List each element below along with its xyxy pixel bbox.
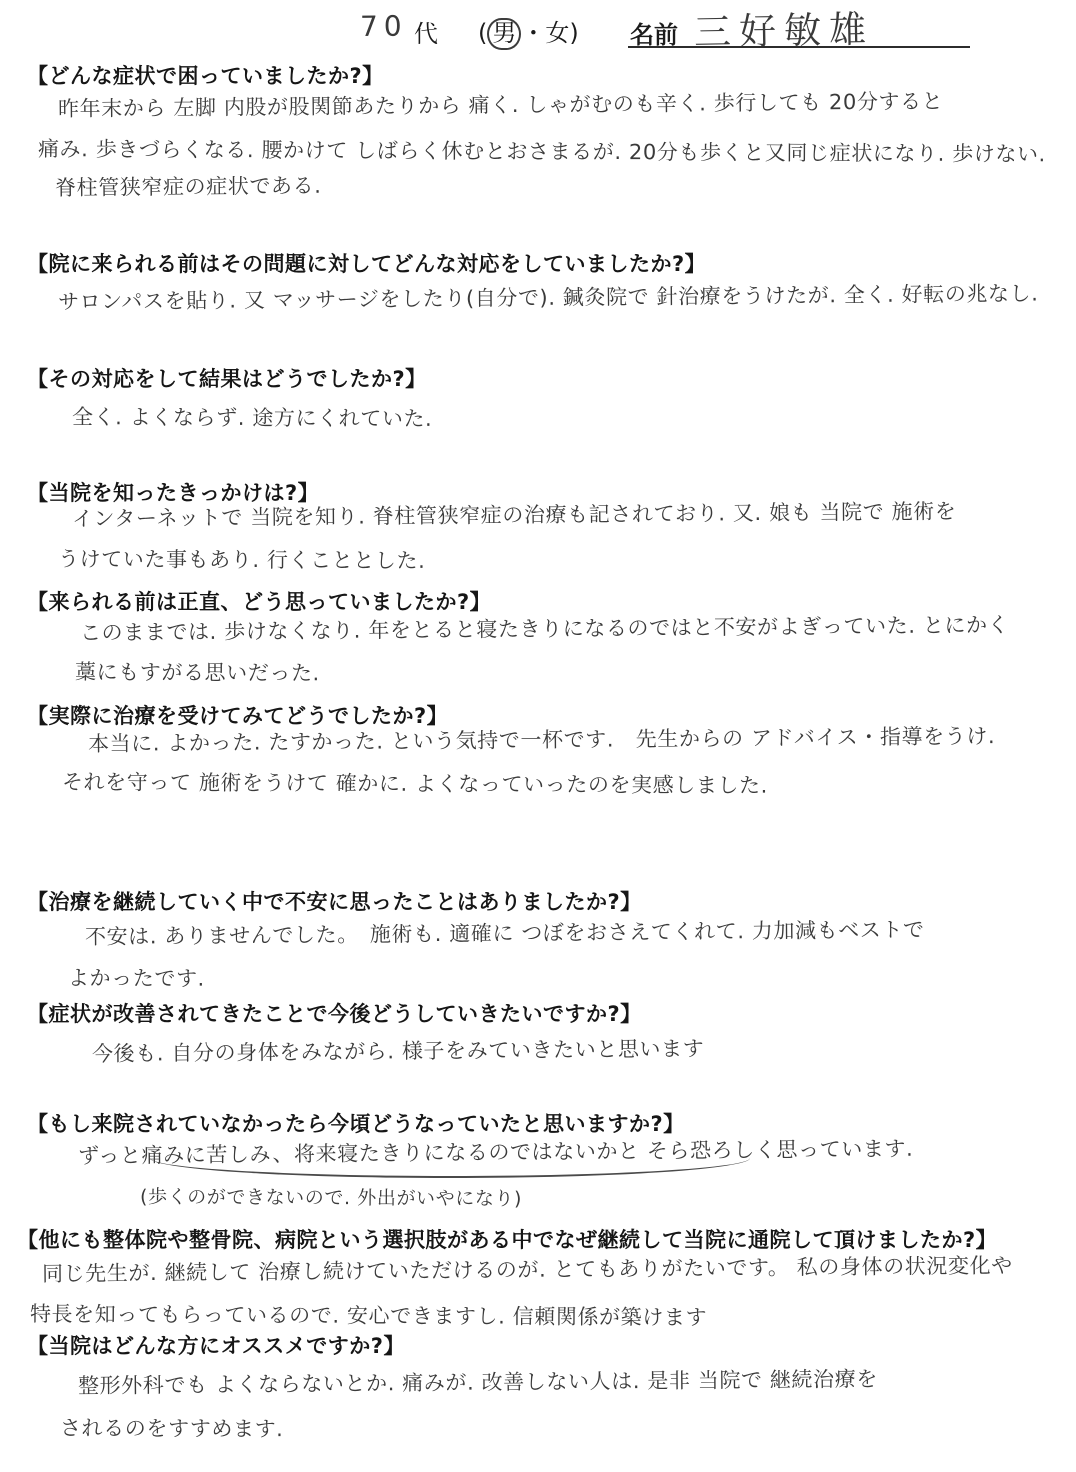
age-unit-label: 代	[414, 14, 438, 49]
answer-line: よかったです.	[68, 962, 205, 993]
question-label: 【治療を継続していく中で不安に思ったことはありましたか?】	[27, 886, 642, 916]
answer-line: 整形外科でも よくならないとか. 痛みが. 改善しない人は. 是非 当院で 継続…	[78, 1363, 878, 1400]
gender-paren-close: )	[569, 19, 578, 47]
answer-line: 不安は. ありませんでした。 施術も. 適確に つぼをおさえてくれて. 力加減も…	[85, 914, 925, 951]
question-label: 【もし来院されていなかったら今頃どうなっていたと思いますか?】	[27, 1108, 685, 1138]
answer-line: 同じ先生が. 継続して 治療し続けていただけるのが. とてもありがたいです。 私…	[42, 1250, 1013, 1288]
question-label: 【症状が改善されてきたことで今後どうしていきたいですか?】	[27, 998, 642, 1028]
answer-line: サロンパスを貼り. 又 マッサージをしたり(自分で). 鍼灸院で 針治療をうけた…	[58, 277, 1039, 316]
answer-line: 全く. よくならず. 途方にくれていた.	[72, 401, 433, 433]
question-label: 【その対応をして結果はどうでしたか?】	[27, 363, 427, 393]
question-label: 【院に来られる前はその問題に対してどんな対応をしていましたか?】	[27, 248, 706, 278]
answer-line: それを守って 施術をうけて 確かに. よくなっていったのを実感しました.	[62, 766, 768, 800]
question-label: 【他にも整体院や整骨院、病院という選択肢がある中でなぜ継続して当院に通院して頂け…	[17, 1224, 997, 1254]
question-label: 【どんな症状で困っていましたか?】	[27, 60, 384, 90]
name-label: 名前	[630, 15, 678, 50]
gender-female: 女	[545, 19, 569, 47]
age-value: 70	[360, 10, 408, 43]
question-label: 【当院はどんな方にオススメですか?】	[27, 1330, 405, 1360]
answer-annotation: (歩くのができないので. 外出がいやになり)	[140, 1182, 522, 1211]
answer-line: 藁にもすがる思いだった.	[75, 656, 320, 687]
insertion-brace	[150, 1158, 750, 1178]
gender-paren-open: (	[478, 19, 487, 47]
name-underline	[628, 46, 970, 48]
answer-line: 特長を知ってもらっているので. 安心できますし. 信頼関係が築けます	[30, 1298, 707, 1332]
gender-field: (男・女)	[478, 13, 579, 50]
answer-line: うけていた事もあり. 行くこととした.	[58, 543, 426, 575]
questionnaire-page: 70 代 (男・女) 名前 三好敏雄 【どんな症状で困っていましたか?】 昨年末…	[0, 0, 1076, 1472]
question-label: 【来られる前は正直、どう思っていましたか?】	[27, 586, 491, 616]
gender-male-circled: 男	[487, 18, 521, 50]
gender-separator: ・	[521, 19, 545, 47]
answer-line: 痛み. 歩きづらくなる. 腰かけて しばらく休むとおさまるが. 20分も歩くと又…	[38, 133, 1046, 168]
answer-line: 脊柱管狭窄症の症状である.	[55, 170, 322, 202]
answer-line: 昨年末から 左脚 内股が股関節あたりから 痛く. しゃがむのも辛く. 歩行しても…	[58, 85, 944, 123]
answer-line: インターネットで 当院を知り. 脊柱管狭窄症の治療も記されており. 又. 娘も …	[72, 495, 957, 533]
answer-line: されるのをすすめます.	[60, 1412, 284, 1443]
answer-line: 今後も. 自分の身体をみながら. 様子をみていきたいと思います	[92, 1033, 705, 1068]
